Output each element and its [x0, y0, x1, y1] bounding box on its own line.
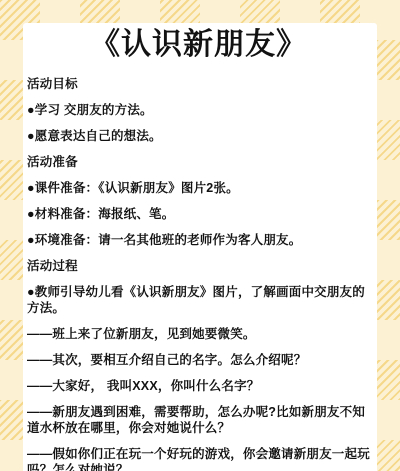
lesson-plan-content: 活动目标 ●学习 交朋友的方法。 ●愿意表达自己的想法。 活动准备 ●课件准备：…	[27, 76, 370, 471]
dash-item: ——大家好， 我叫XXX，你叫什么名字？	[27, 378, 370, 394]
dash-item: ——班上来了位新朋友，见到她要微笑。	[27, 326, 370, 342]
dash-item: ——假如你们正在玩一个好玩的游戏，你会邀请新朋友一起玩吗？怎么对她说？	[27, 446, 370, 471]
bullet-item: ●课件准备：《认识新朋友》图片2张。	[27, 180, 370, 196]
dash-item: ——新朋友遇到困难，需要帮助，怎么办呢?比如新朋友不知道水杯放在哪里，你会对她说…	[27, 404, 370, 436]
bullet-item: ●愿意表达自己的想法。	[27, 128, 370, 144]
section-heading-goals: 活动目标	[27, 76, 370, 92]
section-heading-process: 活动过程	[27, 258, 370, 274]
bullet-item: ●学习 交朋友的方法。	[27, 102, 370, 118]
section-heading-prep: 活动准备	[27, 154, 370, 170]
page-title: 《认识新朋友》	[27, 25, 370, 65]
dash-item: ——其次，要相互介绍自己的名字。怎么介绍呢？	[27, 352, 370, 368]
content-card: 《认识新朋友》 活动目标 ●学习 交朋友的方法。 ●愿意表达自己的想法。 活动准…	[23, 23, 377, 471]
bullet-item: ●环境准备：请一名其他班的老师作为客人朋友。	[27, 232, 370, 248]
bullet-item: ●材料准备：海报纸、笔。	[27, 206, 370, 222]
bullet-item: ●教师引导幼儿看《认识新朋友》图片，了解画面中交朋友的方法。	[27, 284, 370, 316]
